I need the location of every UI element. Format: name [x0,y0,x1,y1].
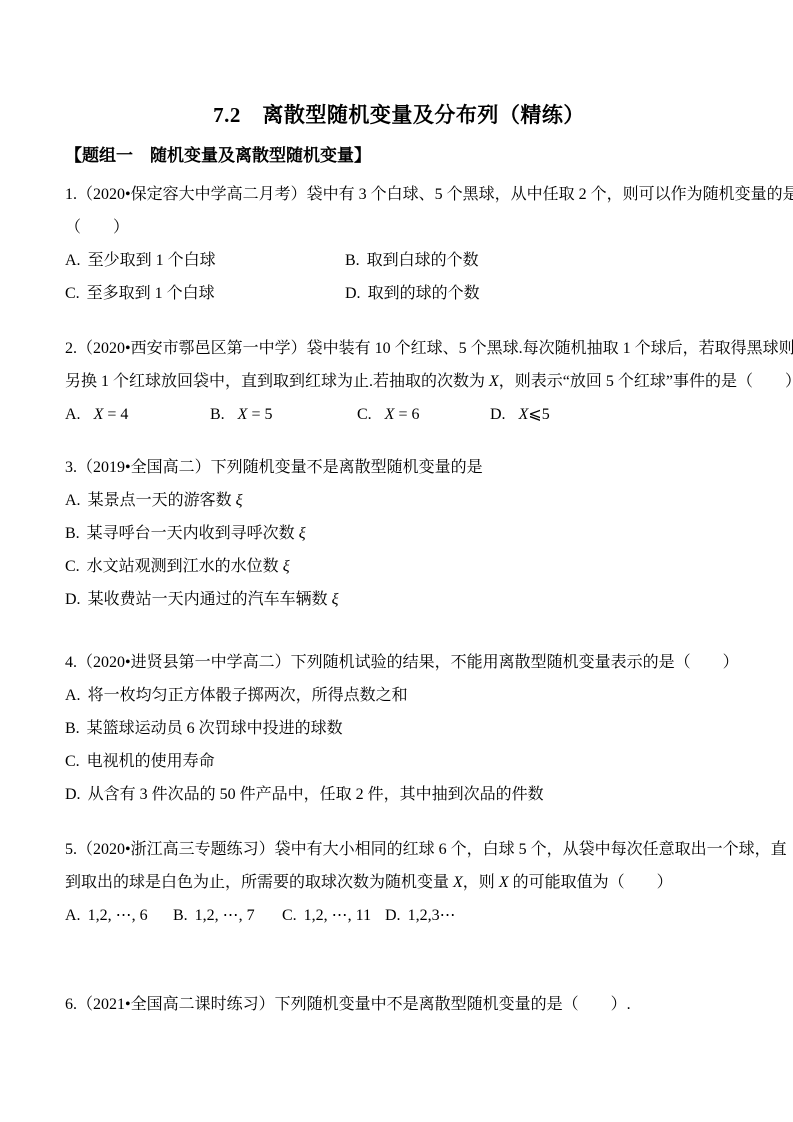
option-c: C.水文站观测到江水的水位数 ξ [65,550,733,583]
option-d-text: 取到的球的个数 [368,285,480,302]
option-d: D.取到的球的个数 [345,277,733,310]
option-c-label: C. [65,285,80,302]
option-b: B.取到白球的个数 [345,244,733,277]
question-5-stem-text2: 到取出的球是白色为止，所需要的取球次数为随机变量 [65,874,453,891]
option-b-label: B. [173,907,188,924]
option-c-math: = 6 [394,406,419,423]
question-5-stem-line1: 5.（2020•浙江高三专题练习）袋中有大小相同的红球 6 个，白球 5 个，从… [65,833,733,866]
math-variable-xi: ξ [332,591,339,608]
option-c: C.电视机的使用寿命 [65,745,733,778]
math-variable-xi: ξ [283,558,290,575]
question-2-stem-text2: 另换 1 个红球放回袋中，直到取到红球为止.若抽取的次数为 [65,373,489,390]
option-c-label: C. [282,907,297,924]
option-d-text: 某收费站一天内通过的汽车车辆数 [88,591,332,608]
math-variable-x: X [499,874,509,891]
question-2-stem-text3: ，则表示“放回 5 个红球”事件的是（ ） [499,373,793,390]
option-b-text: 1,2, ⋯, 7 [195,907,255,924]
question-5-stem-text3: ，则 [463,874,499,891]
option-c-text: 至多取到 1 个白球 [87,285,215,302]
math-variable-xi: ξ [299,525,306,542]
option-b-label: B. [345,252,360,269]
question-1-options: A.至少取到 1 个白球 B.取到白球的个数 C.至多取到 1 个白球 D.取到… [65,244,733,310]
option-c-text: 水文站观测到江水的水位数 [87,558,283,575]
question-2-stem-text1: 2.（2020•西安市鄠邑区第一中学）袋中装有 10 个红球、5 个黑球.每次随… [65,340,793,357]
option-b-label: B. [65,720,80,737]
page-title: 7.2 离散型随机变量及分布列（精练） [65,100,733,130]
option-a-label: A. [65,492,81,509]
option-d-text: 从含有 3 件次品的 50 件产品中，任取 2 件，其中抽到次品的件数 [88,786,544,803]
math-variable-x: X [385,406,395,423]
option-b: B.X = 5 [210,398,357,431]
option-a-text: 1,2, ⋯, 6 [88,907,148,924]
option-d: D.某收费站一天内通过的汽车车辆数 ξ [65,583,733,616]
question-5-stem-line2: 到取出的球是白色为止，所需要的取球次数为随机变量 X，则 X 的可能取值为（ ） [65,866,733,899]
question-1-stem: 1.（2020•保定容大中学高二月考）袋中有 3 个白球、5 个黑球，从中任取 … [65,178,733,211]
answer-blank: （ ） [65,219,129,236]
option-b-text: 某寻呼台一天内收到寻呼次数 [87,525,299,542]
option-b-math: = 5 [247,406,272,423]
question-5-stem-text1: 5.（2020•浙江高三专题练习）袋中有大小相同的红球 6 个，白球 5 个，从… [65,841,787,858]
option-a-text: 某景点一天的游客数 [88,492,236,509]
option-c-text: 电视机的使用寿命 [87,753,215,770]
option-a: A.将一枚均匀正方体骰子掷两次，所得点数之和 [65,679,733,712]
option-a-label: A. [65,252,81,269]
option-a: A.X = 4 [65,398,210,431]
option-d-label: D. [65,591,81,608]
question-5-stem-text4: 的可能取值为（ ） [509,874,673,891]
math-variable-x: X [489,373,499,390]
option-b: B.某篮球运动员 6 次罚球中投进的球数 [65,712,733,745]
question-5: 5.（2020•浙江高三专题练习）袋中有大小相同的红球 6 个，白球 5 个，从… [65,833,733,932]
option-a-text: 将一枚均匀正方体骰子掷两次，所得点数之和 [88,687,408,704]
option-b: B.1,2, ⋯, 7 [173,899,282,932]
option-c-label: C. [357,406,372,423]
option-d: D.从含有 3 件次品的 50 件产品中，任取 2 件，其中抽到次品的件数 [65,778,733,811]
option-a: A.某景点一天的游客数 ξ [65,484,733,517]
option-a: A.1,2, ⋯, 6 [65,899,173,932]
question-4-stem: 4.（2020•进贤县第一中学高二）下列随机试验的结果，不能用离散型随机变量表示… [65,646,733,679]
math-variable-x: X [94,406,104,423]
option-a-label: A. [65,907,81,924]
option-d-math: ⩽5 [528,406,549,423]
option-d: D.X⩽5 [490,398,733,431]
question-1-answer-blank: （ ） [65,211,733,244]
option-a: A.至少取到 1 个白球 [65,244,345,277]
option-c-label: C. [65,753,80,770]
math-variable-x: X [238,406,248,423]
question-3-stem: 3.（2019•全国高二）下列随机变量不是离散型随机变量的是 [65,451,733,484]
option-d-label: D. [385,907,401,924]
option-b-label: B. [65,525,80,542]
option-d-label: D. [65,786,81,803]
question-2: 2.（2020•西安市鄠邑区第一中学）袋中装有 10 个红球、5 个黑球.每次随… [65,332,733,431]
question-1-stem-text: 1.（2020•保定容大中学高二月考）袋中有 3 个白球、5 个黑球，从中任取 … [65,186,793,203]
question-5-options: A.1,2, ⋯, 6 B.1,2, ⋯, 7 C.1,2, ⋯, 11 D.1… [65,899,733,932]
option-b-text: 某篮球运动员 6 次罚球中投进的球数 [87,720,343,737]
option-d-label: D. [490,406,506,423]
option-b-label: B. [210,406,225,423]
question-6-stem-text: 6.（2021•全国高二课时练习）下列随机变量中不是离散型随机变量的是（ ）. [65,996,631,1013]
option-b-text: 取到白球的个数 [367,252,479,269]
question-2-options: A.X = 4 B.X = 5 C.X = 6 D.X⩽5 [65,398,733,431]
option-c: C.1,2, ⋯, 11 [282,899,385,932]
question-2-stem-line1: 2.（2020•西安市鄠邑区第一中学）袋中装有 10 个红球、5 个黑球.每次随… [65,332,733,365]
question-2-stem-line2: 另换 1 个红球放回袋中，直到取到红球为止.若抽取的次数为 X，则表示“放回 5… [65,365,733,398]
question-6-stem: 6.（2021•全国高二课时练习）下列随机变量中不是离散型随机变量的是（ ）. [65,988,733,1021]
option-a-label: A. [65,687,81,704]
option-c-label: C. [65,558,80,575]
section-heading: 【题组一 随机变量及离散型随机变量】 [65,144,733,168]
option-d: D.1,2,3⋯ [385,899,733,932]
option-d-label: D. [345,285,361,302]
option-a-math: = 4 [103,406,128,423]
option-c-text: 1,2, ⋯, 11 [304,907,371,924]
option-c: C.X = 6 [357,398,490,431]
question-4: 4.（2020•进贤县第一中学高二）下列随机试验的结果，不能用离散型随机变量表示… [65,646,733,811]
question-1: 1.（2020•保定容大中学高二月考）袋中有 3 个白球、5 个黑球，从中任取 … [65,178,733,310]
option-a-text: 至少取到 1 个白球 [88,252,216,269]
option-b: B.某寻呼台一天内收到寻呼次数 ξ [65,517,733,550]
worksheet-page: 7.2 离散型随机变量及分布列（精练） 【题组一 随机变量及离散型随机变量】 1… [0,0,793,1122]
math-variable-x: X [453,874,463,891]
question-3-stem-text: 3.（2019•全国高二）下列随机变量不是离散型随机变量的是 [65,459,483,476]
question-4-stem-text: 4.（2020•进贤县第一中学高二）下列随机试验的结果，不能用离散型随机变量表示… [65,654,739,671]
option-d-text: 1,2,3⋯ [408,907,456,924]
math-variable-xi: ξ [236,492,243,509]
option-a-label: A. [65,406,81,423]
question-3: 3.（2019•全国高二）下列随机变量不是离散型随机变量的是 A.某景点一天的游… [65,451,733,616]
question-6: 6.（2021•全国高二课时练习）下列随机变量中不是离散型随机变量的是（ ）. [65,988,733,1021]
math-variable-x: X [519,406,529,423]
option-c: C.至多取到 1 个白球 [65,277,345,310]
